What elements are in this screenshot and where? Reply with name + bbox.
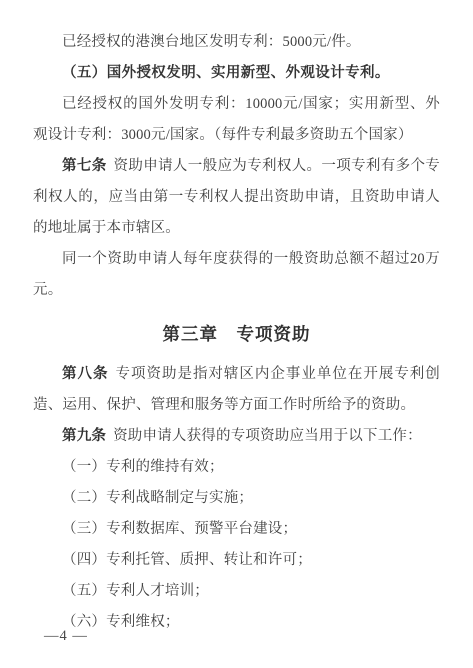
list-item-4: （四）专利托管、质押、转让和许可； [33,545,440,576]
chapter-heading: 第三章 专项资助 [33,319,440,350]
list-item-2: （二）专利战略制定与实施； [33,483,440,514]
paragraph-article-8: 第八条专项资助是指对辖区内企事业单位在开展专利创造、运用、保护、管理和服务等方面… [33,359,440,421]
article-7-number: 第七条 [62,158,107,174]
document-content: 已经授权的港澳台地区发明专利：5000元/件。 （五）国外授权发明、实用新型、外… [0,0,473,638]
list-item-3: （三）专利数据库、预警平台建设； [33,514,440,545]
paragraph-annual-cap: 同一个资助申请人每年度获得的一般资助总额不超过20万元。 [33,244,440,306]
paragraph-article-9: 第九条资助申请人获得的专项资助应当用于以下工作： [33,421,440,452]
article-9-text: 资助申请人获得的专项资助应当用于以下工作： [113,428,422,444]
article-9-number: 第九条 [62,428,106,444]
subheading-text: （五）国外授权发明、实用新型、外观设计专利。 [62,65,390,81]
list-item-1: （一）专利的维持有效； [33,452,440,483]
article-8-number: 第八条 [62,366,108,382]
paragraph-article-7: 第七条资助申请人一般应为专利权人。一项专利有多个专利权人的，应当由第一专利权人提… [33,151,440,244]
subheading-item-5: （五）国外授权发明、实用新型、外观设计专利。 [33,58,440,89]
document-page: 已经授权的港澳台地区发明专利：5000元/件。 （五）国外授权发明、实用新型、外… [0,0,473,668]
list-item-5: （五）专利人才培训； [33,576,440,607]
list-item-6: （六）专利维权； [33,607,440,638]
paragraph-hmt-patent: 已经授权的港澳台地区发明专利：5000元/件。 [33,27,440,58]
page-number: —4 — [44,626,88,646]
paragraph-foreign-patent: 已经授权的国外发明专利：10000元/国家；实用新型、外观设计专利：3000元/… [33,89,440,151]
